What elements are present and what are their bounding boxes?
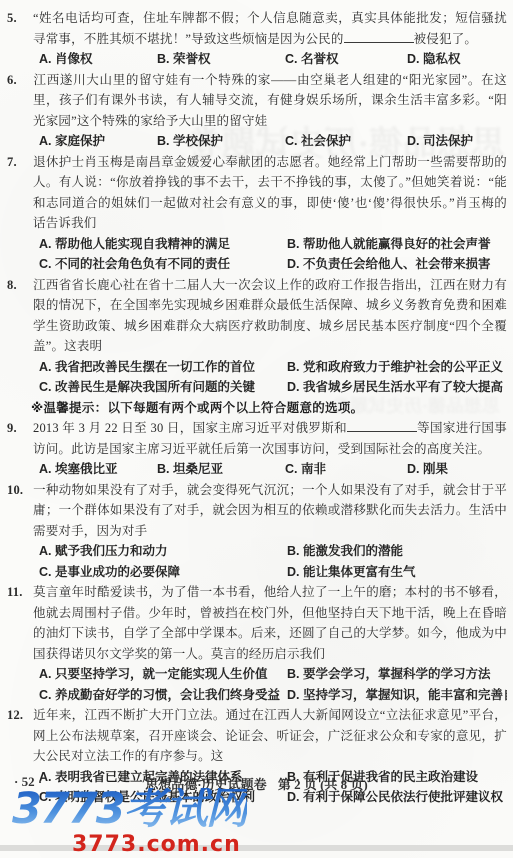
- option-a: A. 肖像权: [39, 49, 157, 70]
- question-11-options: A. 只要坚持学习，就一定能实现人生价值 B. 要学会学习，掌握科学的学习方法 …: [7, 664, 507, 705]
- option-c: C. 是事业成功的必要保障: [39, 562, 287, 583]
- stem-text: 江西遂川大山里的留守娃有一个特殊的家——由空巢老人组建的“阳光家园”。在这里，孩…: [33, 73, 507, 128]
- multi-answer-hint: ※温馨提示：以下每题有两个或两个以上符合题意的选项。: [7, 398, 507, 419]
- question-number: 7.: [7, 152, 33, 173]
- question-number: 9.: [7, 418, 33, 439]
- stem-text: 江西省省长鹿心社在省十二届人大一次会议上作的政府工作报告指出，江西在财力有限的情…: [33, 278, 507, 354]
- question-number: 11.: [7, 582, 33, 603]
- option-b: B. 荣誉权: [157, 49, 285, 70]
- question-7-stem: 7.退休护士肖玉梅是南昌章金媛爱心奉献团的志愿者。她经常上门帮助一些需要帮助的人…: [7, 152, 507, 234]
- option-b: B. 能激发我们的潜能: [287, 541, 507, 562]
- option-d: D. 司法保护: [407, 131, 507, 152]
- question-number: 12.: [7, 705, 33, 726]
- footer-page-info: 第 2 页 (共 8 页): [278, 777, 368, 792]
- question-number: 10.: [7, 480, 33, 501]
- option-c: C. 名誉权: [285, 49, 407, 70]
- answer-blank: [347, 419, 417, 432]
- option-a: A. 埃塞俄比亚: [39, 459, 157, 480]
- question-10: 10.一种动物如果没有了对手，就会变得死气沉沉；一个人如果没有了对手，就会甘于平…: [7, 480, 507, 583]
- question-10-options: A. 赋予我们压力和动力 B. 能激发我们的潜能 C. 是事业成功的必要保障 D…: [7, 541, 507, 582]
- stem-text: 退休护士肖玉梅是南昌章金媛爱心奉献团的志愿者。她经常上门帮助一些需要帮助的人。有…: [33, 155, 507, 231]
- option-b: B. 坦桑尼亚: [157, 459, 285, 480]
- stem-text: 被侵犯了。: [414, 32, 478, 46]
- watermark: 3773考试网 3773.com.cn: [12, 788, 247, 856]
- stem-text: 莫言童年时酷爱读书，为了借一本书看，他给人拉了一上午的磨；本村的书不够看，他就去…: [33, 585, 507, 661]
- option-d: D. 我省城乡居民生活水平有了较大提高: [287, 377, 507, 398]
- question-7: 7.退休护士肖玉梅是南昌章金媛爱心奉献团的志愿者。她经常上门帮助一些需要帮助的人…: [7, 152, 507, 275]
- question-8: 8.江西省省长鹿心社在省十二届人大一次会议上作的政府工作报告指出，江西在财力有限…: [7, 275, 507, 398]
- question-7-options: A. 帮助他人能实现自我精神的满足 B. 帮助他人就能赢得良好的社会声誉 C. …: [7, 234, 507, 275]
- question-8-stem: 8.江西省省长鹿心社在省十二届人大一次会议上作的政府工作报告指出，江西在财力有限…: [7, 275, 507, 357]
- option-c: C. 养成勤奋好学的习惯，会让我们终身受益: [39, 685, 287, 706]
- exam-paper-scan: 思想品德·历史试题卷 思想品德·历史试题卷 5.“姓名电话均可查，住址车牌都不假…: [0, 0, 513, 858]
- stem-text: 一种动物如果没有了对手，就会变得死气沉沉；一个人如果没有了对手，就会甘于平庸；一…: [33, 483, 507, 538]
- option-c: C. 社会保护: [285, 131, 407, 152]
- option-a: A. 家庭保护: [39, 131, 157, 152]
- question-5-stem: 5.“姓名电话均可查，住址车牌都不假；个人信息随意卖，真实具体能批发；短信骚扰寻…: [7, 8, 507, 49]
- option-b: B. 要学会学习，掌握科学的学习方法: [287, 664, 507, 685]
- option-a: A. 赋予我们压力和动力: [39, 541, 287, 562]
- option-d: D. 隐私权: [407, 49, 507, 70]
- question-5-options: A. 肖像权 B. 荣誉权 C. 名誉权 D. 隐私权: [7, 49, 507, 70]
- option-d: D. 能让集体更富有生气: [287, 562, 507, 583]
- question-list: 5.“姓名电话均可查，住址车牌都不假；个人信息随意卖，真实具体能批发；短信骚扰寻…: [7, 8, 507, 808]
- option-b: B. 帮助他人就能赢得良好的社会声誉: [287, 234, 507, 255]
- question-5: 5.“姓名电话均可查，住址车牌都不假；个人信息随意卖，真实具体能批发；短信骚扰寻…: [7, 8, 507, 70]
- question-number: 5.: [7, 8, 33, 29]
- option-c: C. 不同的社会角色负有不同的责任: [39, 254, 287, 275]
- question-11: 11.莫言童年时酷爱读书，为了借一本书看，他给人拉了一上午的磨；本村的书不够看，…: [7, 582, 507, 705]
- option-b: B. 党和政府致力于维护社会的公平正义: [287, 357, 507, 378]
- option-d: D. 刚果: [407, 459, 507, 480]
- question-12-stem: 12.近年来，江西不断扩大开门立法。通过在江西人大新闻网设立“立法征求意见”平台…: [7, 705, 507, 767]
- option-b: B. 学校保护: [157, 131, 285, 152]
- stem-text: 2013 年 3 月 22 日至 30 日，国家主席习近平对俄罗斯和: [33, 421, 347, 435]
- question-11-stem: 11.莫言童年时酷爱读书，为了借一本书看，他给人拉了一上午的磨；本村的书不够看，…: [7, 582, 507, 664]
- option-d: D. 不负责任会给他人、社会带来损害: [287, 254, 507, 275]
- question-9-stem: 9.2013 年 3 月 22 日至 30 日，国家主席习近平对俄罗斯和等国家进…: [7, 418, 507, 459]
- option-d: D. 坚持学习，掌握知识，能丰富和完善自己: [287, 685, 507, 706]
- question-9-options: A. 埃塞俄比亚 B. 坦桑尼亚 C. 南非 D. 刚果: [7, 459, 507, 480]
- watermark-site-url: 3773.com.cn: [72, 834, 247, 856]
- watermark-site-name: 3773考试网: [12, 788, 247, 831]
- option-c: C. 南非: [285, 459, 407, 480]
- option-a: A. 我省把改善民生摆在一切工作的首位: [39, 357, 287, 378]
- option-c: C. 改善民生是解决我国所有问题的关键: [39, 377, 287, 398]
- question-6-options: A. 家庭保护 B. 学校保护 C. 社会保护 D. 司法保护: [7, 131, 507, 152]
- question-number: 8.: [7, 275, 33, 296]
- question-number: 6.: [7, 70, 33, 91]
- question-6-stem: 6.江西遂川大山里的留守娃有一个特殊的家——由空巢老人组建的“阳光家园”。在这里…: [7, 70, 507, 132]
- question-9: 9.2013 年 3 月 22 日至 30 日，国家主席习近平对俄罗斯和等国家进…: [7, 418, 507, 480]
- answer-blank: [344, 30, 414, 43]
- question-8-options: A. 我省把改善民生摆在一切工作的首位 B. 党和政府致力于维护社会的公平正义 …: [7, 357, 507, 398]
- option-a: A. 帮助他人能实现自我精神的满足: [39, 234, 287, 255]
- option-a: A. 只要坚持学习，就一定能实现人生价值: [39, 664, 287, 685]
- question-6: 6.江西遂川大山里的留守娃有一个特殊的家——由空巢老人组建的“阳光家园”。在这里…: [7, 70, 507, 152]
- question-10-stem: 10.一种动物如果没有了对手，就会变得死气沉沉；一个人如果没有了对手，就会甘于平…: [7, 480, 507, 542]
- stem-text: 近年来，江西不断扩大开门立法。通过在江西人大新闻网设立“立法征求意见”平台，网上…: [33, 708, 507, 763]
